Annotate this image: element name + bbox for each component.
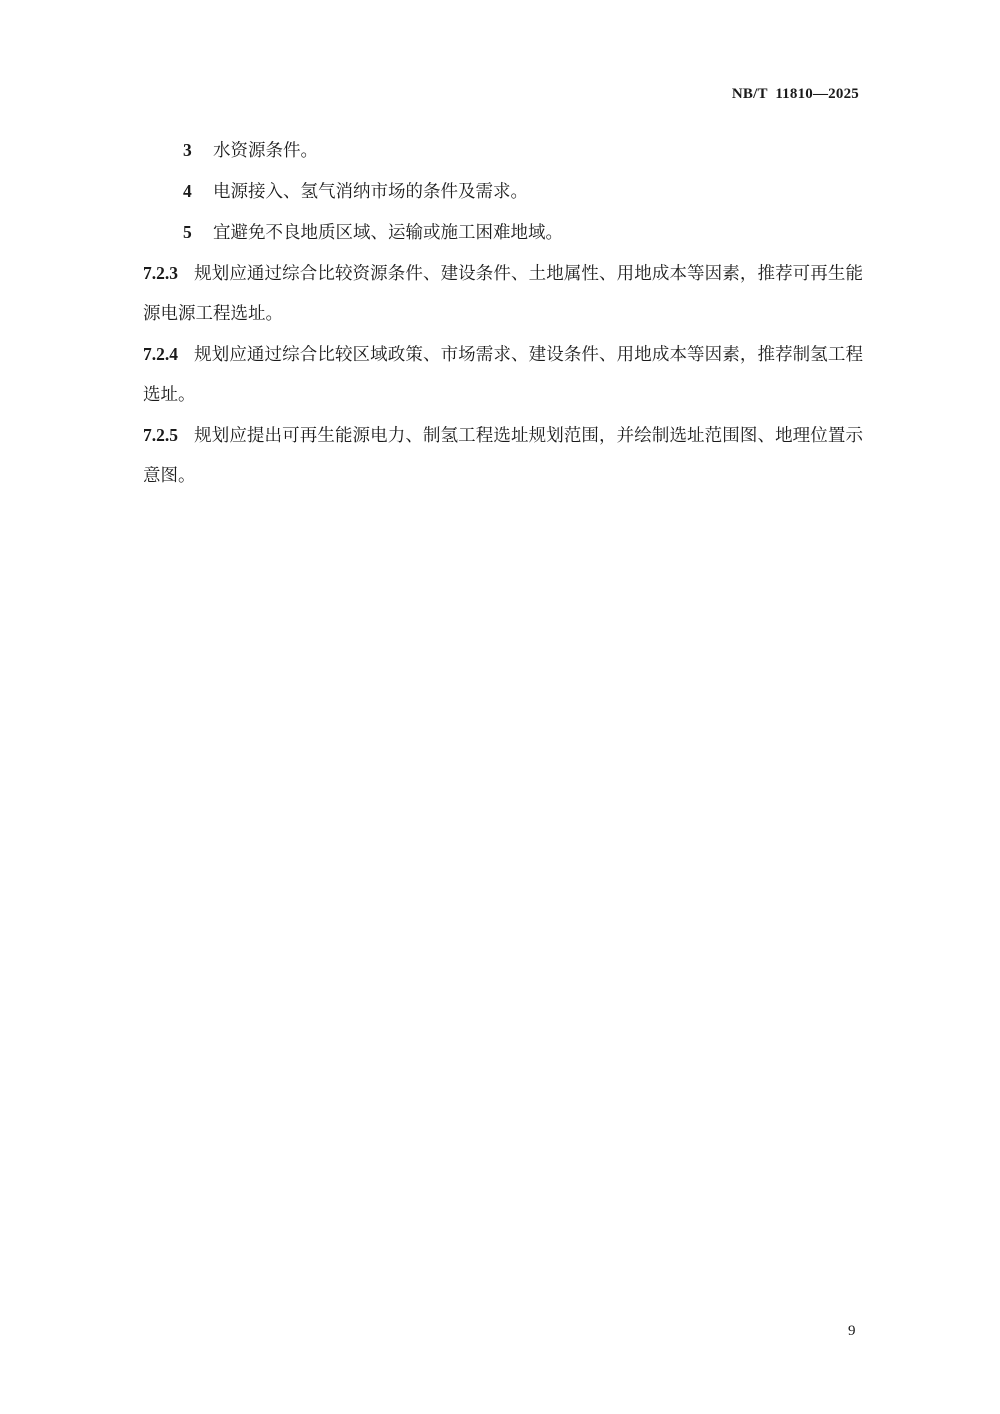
list-item-number: 3 [183,130,213,170]
clause-text: 规划应通过综合比较资源条件、建设条件、土地属性、用地成本等因素，推荐可再生能源电… [143,264,863,324]
list-item-text: 电源接入、氢气消纳市场的条件及需求。 [213,182,528,202]
clause-7-2-4: 7.2.4规划应通过综合比较区域政策、市场需求、建设条件、用地成本等因素，推荐制… [143,334,863,415]
list-item-number: 5 [183,212,213,252]
clause-number: 7.2.5 [143,425,178,445]
list-item: 4电源接入、氢气消纳市场的条件及需求。 [143,171,863,212]
page-number: 9 [848,1323,856,1340]
list-item: 3水资源条件。 [143,130,863,171]
clause-text: 规划应提出可再生能源电力、制氢工程选址规划范围，并绘制选址范围图、地理位置示意图… [143,426,863,486]
list-item: 5宜避免不良地质区域、运输或施工困难地域。 [143,212,863,253]
clause-7-2-5: 7.2.5规划应提出可再生能源电力、制氢工程选址规划范围，并绘制选址范围图、地理… [143,415,863,496]
clause-number: 7.2.3 [143,263,178,283]
document-body: 3水资源条件。 4电源接入、氢气消纳市场的条件及需求。 5宜避免不良地质区域、运… [143,130,863,496]
list-item-text: 宜避免不良地质区域、运输或施工困难地域。 [213,223,563,243]
clause-number: 7.2.4 [143,344,178,364]
clause-7-2-3: 7.2.3规划应通过综合比较资源条件、建设条件、土地属性、用地成本等因素，推荐可… [143,253,863,334]
list-item-number: 4 [183,171,213,211]
clause-text: 规划应通过综合比较区域政策、市场需求、建设条件、用地成本等因素，推荐制氢工程选址… [143,345,863,405]
standard-code-header: NB/T 11810—2025 [732,86,859,103]
list-item-text: 水资源条件。 [213,141,318,161]
